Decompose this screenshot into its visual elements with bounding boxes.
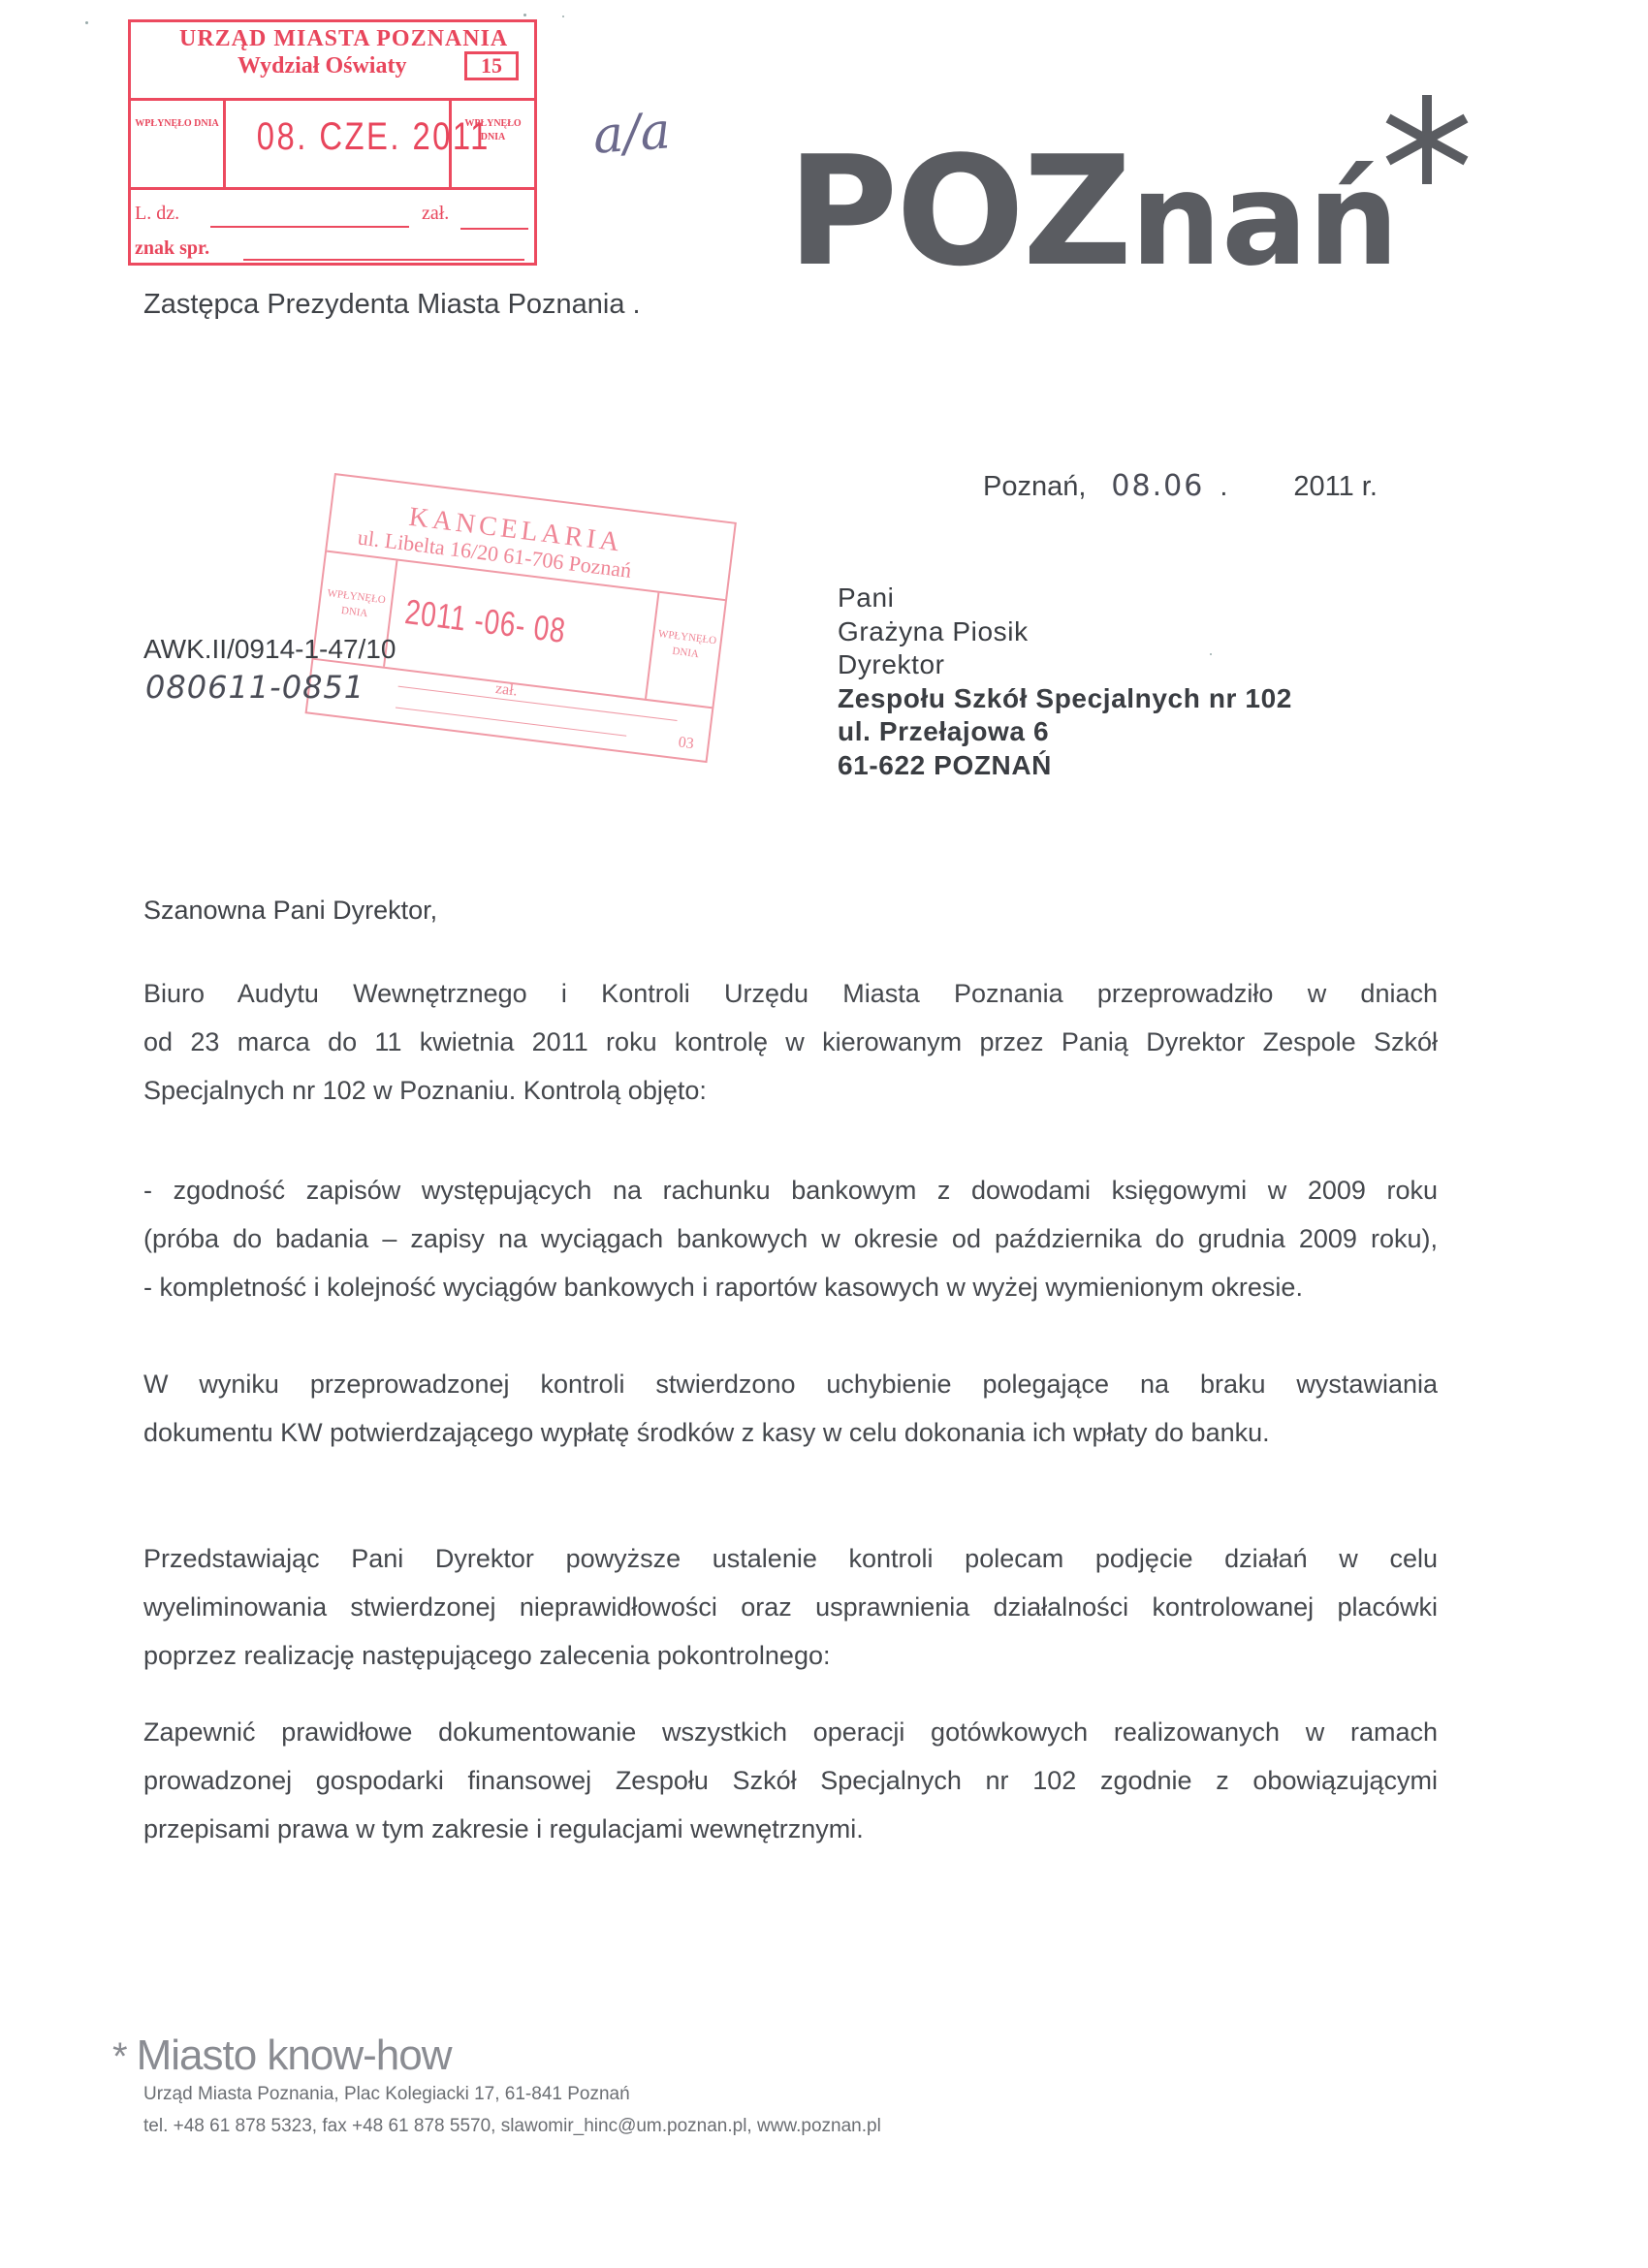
paragraph-line: od 23 marca do 11 kwietnia 2011 roku kon… <box>143 1018 1438 1066</box>
scan-speck <box>1210 653 1212 655</box>
scan-speck <box>85 21 88 24</box>
scope-item: - zgodność zapisów występujących na rach… <box>143 1166 1438 1214</box>
zal-label: zał. <box>422 203 449 225</box>
chancellery-date-row: WPŁYNĘŁO DNIA 2011 -06- 08 WPŁYNĘŁO DNIA <box>313 551 725 709</box>
paragraph-line: Biuro Audytu Wewnętrznego i Kontroli Urz… <box>143 969 1438 1018</box>
chancellery-received-label-left: WPŁYNĘŁO DNIA <box>319 584 392 624</box>
chancellery-received-date: 2011 -06- 08 <box>403 591 568 651</box>
letter-salutation: Szanowna Pani Dyrektor, <box>143 896 437 926</box>
addressee-street: ul. Przełajowa 6 <box>838 715 1292 749</box>
znak-label: znak spr. <box>135 237 209 260</box>
scope-item: - kompletność i kolejność wyciągów banko… <box>143 1263 1438 1311</box>
stamp-department: Wydział Oświaty <box>238 53 406 79</box>
paragraph-line: Specjalnych nr 102 w Poznaniu. Kontrolą … <box>143 1066 1438 1115</box>
date-city: Poznań, <box>983 471 1086 502</box>
date-year: 2011 r. <box>1293 471 1378 502</box>
addressee-institution: Zespołu Szkół Specjalnych nr 102 <box>838 682 1292 716</box>
paragraph-instruction: Przedstawiając Pani Dyrektor powyższe us… <box>143 1534 1438 1680</box>
date-dot: . <box>1220 471 1227 502</box>
paragraph-findings: W wyniku przeprowadzonej kontroli stwier… <box>143 1360 1438 1457</box>
chancellery-label-cell-right: WPŁYNĘŁO DNIA <box>645 593 725 708</box>
addressee-position: Dyrektor <box>838 648 1292 682</box>
paragraph-line: poprzez realizację następującego zalecen… <box>143 1631 1438 1680</box>
chancellery-received-label-right: WPŁYNĘŁO DNIA <box>651 626 720 665</box>
addressee-block: Pani Grażyna Piosik Dyrektor Zespołu Szk… <box>838 582 1292 782</box>
paragraph-line: przepisami prawa w tym zakresie i regula… <box>143 1805 1438 1853</box>
handwritten-day-month: 08.06 <box>1111 469 1204 503</box>
footer-address: Urząd Miasta Poznania, Plac Kolegiacki 1… <box>143 2084 630 2105</box>
addressee-name: Grażyna Piosik <box>838 615 1292 649</box>
chancellery-number: 03 <box>678 734 695 753</box>
poznan-logo: POZnań <box>787 136 1399 287</box>
paragraph-line: prowadzonej gospodarki finansowej Zespoł… <box>143 1756 1438 1805</box>
scope-item: (próba do badania – zapisy na wyciągach … <box>143 1214 1438 1263</box>
stamp-label-cell-left: WPŁYNĘŁO DNIA <box>131 98 226 187</box>
chancellery-stamp: KANCELARIA ul. Libelta 16/20 61-706 Pozn… <box>305 473 737 763</box>
asterisk-icon <box>1384 91 1470 188</box>
logo-lower: nań <box>1130 145 1399 295</box>
paragraph-line: wyeliminowania stwierdzonej nieprawidłow… <box>143 1583 1438 1631</box>
ldz-label: L. dz. <box>135 203 179 225</box>
handwritten-note: a/a <box>591 102 673 165</box>
sender-title: Zastępca Prezydenta Miasta Poznania . <box>143 289 641 321</box>
scan-speck <box>523 14 526 16</box>
tagline-text: Miasto know-how <box>137 2032 452 2079</box>
incoming-stamp-education-dept: URZĄD MIASTA POZNANIA Wydział Oświaty 15… <box>128 19 537 266</box>
stamp-header: URZĄD MIASTA POZNANIA Wydział Oświaty 15 <box>131 22 534 101</box>
stamp-date-row: WPŁYNĘŁO DNIA 08. CZE. 2011 WPŁYNĘŁO DNI… <box>131 98 534 190</box>
handwritten-registration-number: 080611-0851 <box>145 669 364 706</box>
ldz-line <box>210 226 409 228</box>
addressee-salutation: Pani <box>838 582 1292 615</box>
scan-speck <box>562 16 564 17</box>
received-date: 08. CZE. 2011 <box>257 115 431 159</box>
chancellery-line <box>396 707 626 736</box>
case-reference-number: AWK.II/0914-1-47/10 <box>143 634 396 665</box>
paragraph-recommendation: Zapewnić prawidłowe dokumentowanie wszys… <box>143 1708 1438 1853</box>
logo-upper: POZ <box>787 123 1130 299</box>
footer-contact: tel. +48 61 878 5323, fax +48 61 878 557… <box>143 2116 881 2137</box>
received-label-right: WPŁYNĘŁO DNIA <box>452 117 534 144</box>
paragraph-audit-scope: - zgodność zapisów występujących na rach… <box>143 1166 1438 1311</box>
paragraph-line: Zapewnić prawidłowe dokumentowanie wszys… <box>143 1708 1438 1756</box>
zal-line <box>460 228 528 230</box>
received-label-left: WPŁYNĘŁO DNIA <box>131 117 223 131</box>
stamp-title: URZĄD MIASTA POZNANIA <box>179 26 508 52</box>
stamp-label-cell-right: WPŁYNĘŁO DNIA <box>449 98 534 187</box>
addressee-postal-city: 61-622 POZNAŃ <box>838 749 1292 783</box>
paragraph-audit-intro: Biuro Audytu Wewnętrznego i Kontroli Urz… <box>143 969 1438 1115</box>
footer-tagline: *Miasto know-how <box>112 2032 451 2080</box>
asterisk-icon: * <box>112 2035 127 2078</box>
paragraph-line: W wyniku przeprowadzonej kontroli stwier… <box>143 1360 1438 1408</box>
date-line: Poznań,08.06.2011 r. <box>983 469 1378 503</box>
znak-line <box>243 259 524 261</box>
stamp-number-box: 15 <box>464 51 519 80</box>
paragraph-line: dokumentu KW potwierdzającego wypłatę śr… <box>143 1408 1438 1457</box>
paragraph-line: Przedstawiając Pani Dyrektor powyższe us… <box>143 1534 1438 1583</box>
